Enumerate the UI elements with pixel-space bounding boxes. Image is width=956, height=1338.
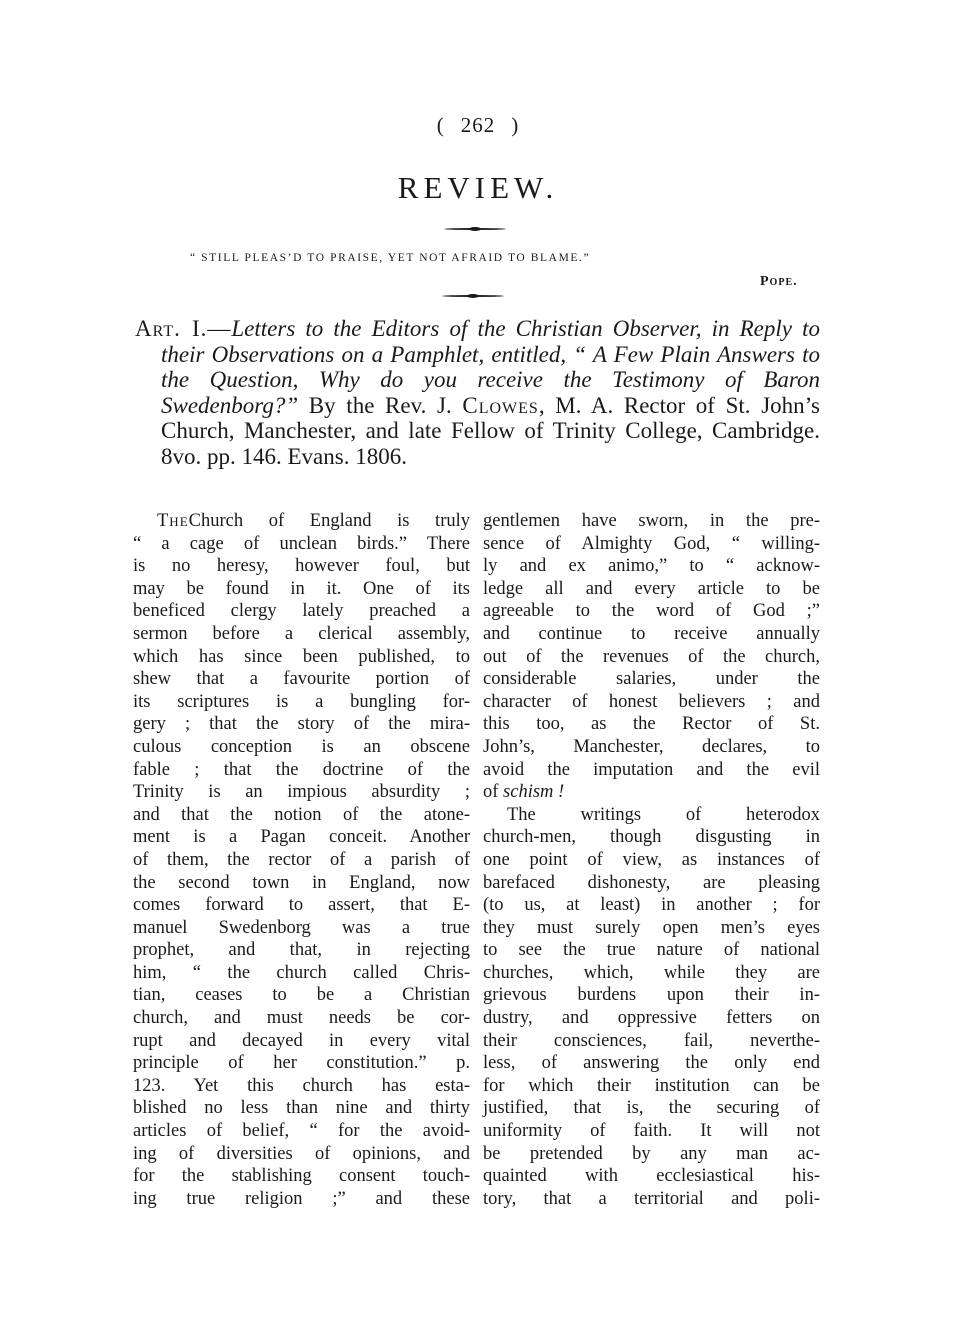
epigraph-quote: “ STILL PLEAS’D TO PRAISE, YET NOT AFRAI… xyxy=(190,252,590,264)
page-number-value: 262 xyxy=(461,113,496,137)
article-label: Art. I.— xyxy=(135,316,231,341)
section-title: REVIEW. xyxy=(0,170,956,206)
text-line: quainted with ecclesiastical his- xyxy=(483,1165,820,1188)
left-column: TheChurch of England is truly“ a cage of… xyxy=(133,510,470,1210)
text-line: character of honest believers ; and xyxy=(483,691,820,714)
text-line: principle of her constitution.” p. xyxy=(133,1052,470,1075)
text-line: their consciences, fail, neverthe- xyxy=(483,1030,820,1053)
text-line: barefaced dishonesty, are pleasing xyxy=(483,872,820,895)
text-line: is no heresy, however foul, but xyxy=(133,555,470,578)
text-line: uniformity of faith. It will not xyxy=(483,1120,820,1143)
text-line: gery ; that the story of the mira- xyxy=(133,713,470,736)
text-line: ing of diversities of opinions, and xyxy=(133,1143,470,1166)
text-line: dustry, and oppressive fetters on xyxy=(483,1007,820,1030)
text-line: him, “ the church called Chris- xyxy=(133,962,470,985)
text-line: Trinity is an impious absurdity ; xyxy=(133,781,470,804)
text-line: and continue to receive annually xyxy=(483,623,820,646)
text-line: be pretended by any man ac- xyxy=(483,1143,820,1166)
text-line: for the stablishing consent touch- xyxy=(133,1165,470,1188)
text-line: churches, which, while they are xyxy=(483,962,820,985)
italic-word: schism ! xyxy=(503,782,564,802)
text-line: for which their institution can be xyxy=(483,1075,820,1098)
text-line: sermon before a clerical assembly, xyxy=(133,623,470,646)
ornamental-rule xyxy=(442,295,504,297)
text-line: church, and must needs be cor- xyxy=(133,1007,470,1030)
text-line: The writings of heterodox xyxy=(483,804,820,827)
article-author: Clowes xyxy=(462,393,538,418)
text-line: to see the true nature of national xyxy=(483,939,820,962)
page-number: (262) xyxy=(0,113,956,138)
drop-lead-word: The xyxy=(157,511,189,531)
text-line: considerable salaries, under the xyxy=(483,668,820,691)
text-line: shew that a favourite portion of xyxy=(133,668,470,691)
text-line: tian, ceases to be a Christian xyxy=(133,984,470,1007)
text-line: grievous burdens upon their in- xyxy=(483,984,820,1007)
text-line: this too, as the Rector of St. xyxy=(483,713,820,736)
text-line: the second town in England, now xyxy=(133,872,470,895)
close-paren: ) xyxy=(495,113,535,137)
text-line: comes forward to assert, that E- xyxy=(133,894,470,917)
text-line: its scriptures is a bungling for- xyxy=(133,691,470,714)
text-line: (to us, at least) in another ; for xyxy=(483,894,820,917)
article-by: By the Rev. J. xyxy=(298,393,462,418)
text-line: rupt and decayed in every vital xyxy=(133,1030,470,1053)
text-line: may be found in it. One of its xyxy=(133,578,470,601)
text-line: less, of answering the only end xyxy=(483,1052,820,1075)
text-line: ly and ex animo,” to “ acknow- xyxy=(483,555,820,578)
text-line: and that the notion of the atone- xyxy=(133,804,470,827)
text-line: blished no less than nine and thirty xyxy=(133,1097,470,1120)
text-line: ing true religion ;” and these xyxy=(133,1188,470,1211)
text-line: gentlemen have sworn, in the pre- xyxy=(483,510,820,533)
text-line: tory, that a territorial and poli- xyxy=(483,1188,820,1211)
text-line: church-men, though disgusting in xyxy=(483,826,820,849)
text-line: culous conception is an obscene xyxy=(133,736,470,759)
text-line: agreeable to the word of God ;” xyxy=(483,600,820,623)
text-line: manuel Swedenborg was a true xyxy=(133,917,470,940)
text-line: of schism ! xyxy=(483,781,820,804)
text-line: articles of belief, “ for the avoid- xyxy=(133,1120,470,1143)
text-line: avoid the imputation and the evil xyxy=(483,759,820,782)
epigraph-author: Pope. xyxy=(760,274,798,290)
text-line: out of the revenues of the church, xyxy=(483,646,820,669)
text-line: which has since been published, to xyxy=(133,646,470,669)
text-line: beneficed clergy lately preached a xyxy=(133,600,470,623)
text-line: one point of view, as instances of xyxy=(483,849,820,872)
text-line: of them, the rector of a parish of xyxy=(133,849,470,872)
text-line: 123. Yet this church has esta- xyxy=(133,1075,470,1098)
open-paren: ( xyxy=(421,113,461,137)
text-line: sence of Almighty God, “ willing- xyxy=(483,533,820,556)
text-line: John’s, Manchester, declares, to xyxy=(483,736,820,759)
text-line: they must surely open men’s eyes xyxy=(483,917,820,940)
text-line: prophet, and that, in rejecting xyxy=(133,939,470,962)
article-heading: Art. I.—Letters to the Editors of the Ch… xyxy=(135,316,820,469)
text-line: justified, that is, the securing of xyxy=(483,1097,820,1120)
text-line: fable ; that the doctrine of the xyxy=(133,759,470,782)
ornamental-rule xyxy=(444,228,506,230)
text-line: ment is a Pagan conceit. Another xyxy=(133,826,470,849)
text-line: “ a cage of unclean birds.” There xyxy=(133,533,470,556)
right-column: gentlemen have sworn, in the pre-sence o… xyxy=(483,510,820,1210)
text-line: TheChurch of England is truly xyxy=(133,510,470,533)
text-line: ledge all and every article to be xyxy=(483,578,820,601)
